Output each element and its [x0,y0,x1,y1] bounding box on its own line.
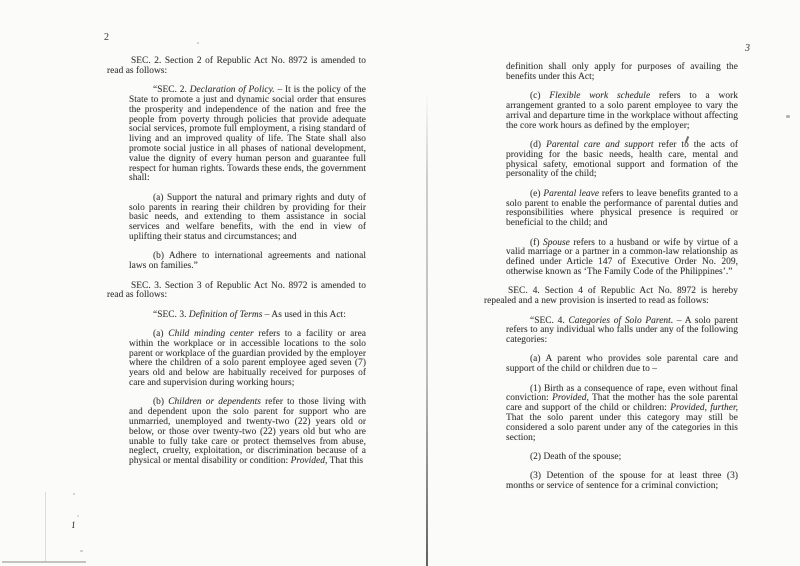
text-run: (b) [153,397,168,407]
paragraph: (e) Parental leave refers to leave benef… [506,190,738,229]
page-left-edge [45,492,46,562]
paragraph: “SEC. 3. Definition of Terms – As used i… [129,311,366,321]
scan-speck [197,42,199,44]
text-run: “SEC. 2. [153,85,190,95]
page-right-text-column: definition shall only apply for purposes… [484,63,738,502]
italic-run: Provided, [552,393,589,403]
scan-speck [786,115,790,118]
paragraph: (c) Flexible work schedule refers to a w… [506,92,738,131]
text-run: (b) Adhere to international agreements a… [129,251,366,271]
text-run: refers to a facility or area within the … [129,329,366,388]
page-number-left: 2 [104,32,109,43]
text-run: (3) Detention of the spouse for at least… [506,471,738,491]
text-run: definition shall only apply for purposes… [506,62,738,82]
italic-run: Children or dependents [168,397,261,407]
page-number-right: 3 [745,43,750,54]
text-run: SEC. 3. Section 3 of Republic Act No. 89… [107,281,366,301]
paragraph: (2) Death of the spouse; [506,453,738,463]
paragraph: (a) A parent who provides sole parental … [506,355,738,375]
paragraph: “SEC. 4. Categories of Solo Parent. – A … [506,317,738,346]
text-run: SEC. 2. Section 2 of Republic Act No. 89… [107,56,366,76]
paragraph: (1) Birth as a consequence of rape, even… [506,385,738,444]
text-run: SEC. 4. Section 4 of Republic Act No. 89… [484,286,738,306]
paragraph: (f) Spouse refers to a husband or wife b… [506,239,738,278]
italic-run: Parental leave [543,189,599,199]
page-left-text-column: SEC. 2. Section 2 of Republic Act No. 89… [107,57,366,477]
italic-run: Child minding center [168,329,253,339]
text-run: (a) Support the natural and primary righ… [129,193,366,242]
text-run: “SEC. 3. [153,310,189,320]
paragraph: SEC. 2. Section 2 of Republic Act No. 89… [107,57,366,77]
italic-run: Flexible work schedule [549,91,650,101]
paragraph: (a) Support the natural and primary righ… [129,194,366,243]
paragraph: SEC. 3. Section 3 of Republic Act No. 89… [107,282,366,302]
paragraph: (b) Children or dependents refer to thos… [129,398,366,467]
paragraph: (a) Child minding center refers to a fac… [129,330,366,389]
text-run: – It is the policy of the State to promo… [129,85,366,183]
scan-speck [77,515,79,517]
paragraph: SEC. 4. Section 4 of Republic Act No. 89… [484,287,738,307]
scan-speck [73,493,75,495]
text-run: That the solo parent under this category… [506,413,738,443]
italic-run: Provided, [291,456,328,466]
text-run: (a) [153,329,168,339]
italic-run: Provided, further, [670,403,738,413]
page-bottom-edge [2,561,86,563]
italic-run: Definition of Terms [189,310,263,320]
page-fold-line [426,92,428,566]
scan-speck [80,550,83,552]
italic-run: Declaration of Policy. [190,85,275,95]
text-run: (2) Death of the spouse; [530,452,621,462]
paragraph: (d) Parental care and support refer to t… [506,141,738,180]
paragraph: “SEC. 2. Declaration of Policy. – It is … [129,86,366,184]
scanned-document: 2 SEC. 2. Section 2 of Republic Act No. … [0,0,800,566]
paragraph: (b) Adhere to international agreements a… [129,252,366,272]
text-run: (a) A parent who provides sole parental … [506,354,738,374]
text-run: “SEC. 4. [530,316,568,326]
text-run: (c) [530,91,549,101]
text-run: – As used in this Act: [262,310,345,320]
text-run: That this [327,456,363,466]
italic-run: Categories of Solo Parent. [568,316,673,326]
text-run: (e) [530,189,543,199]
paragraph: definition shall only apply for purposes… [506,63,738,83]
text-run: (d) [530,140,546,150]
italic-run: Parental care and support [546,140,653,150]
paragraph: (3) Detention of the spouse for at least… [506,472,738,492]
footer-page-mark: 1 [72,521,75,531]
